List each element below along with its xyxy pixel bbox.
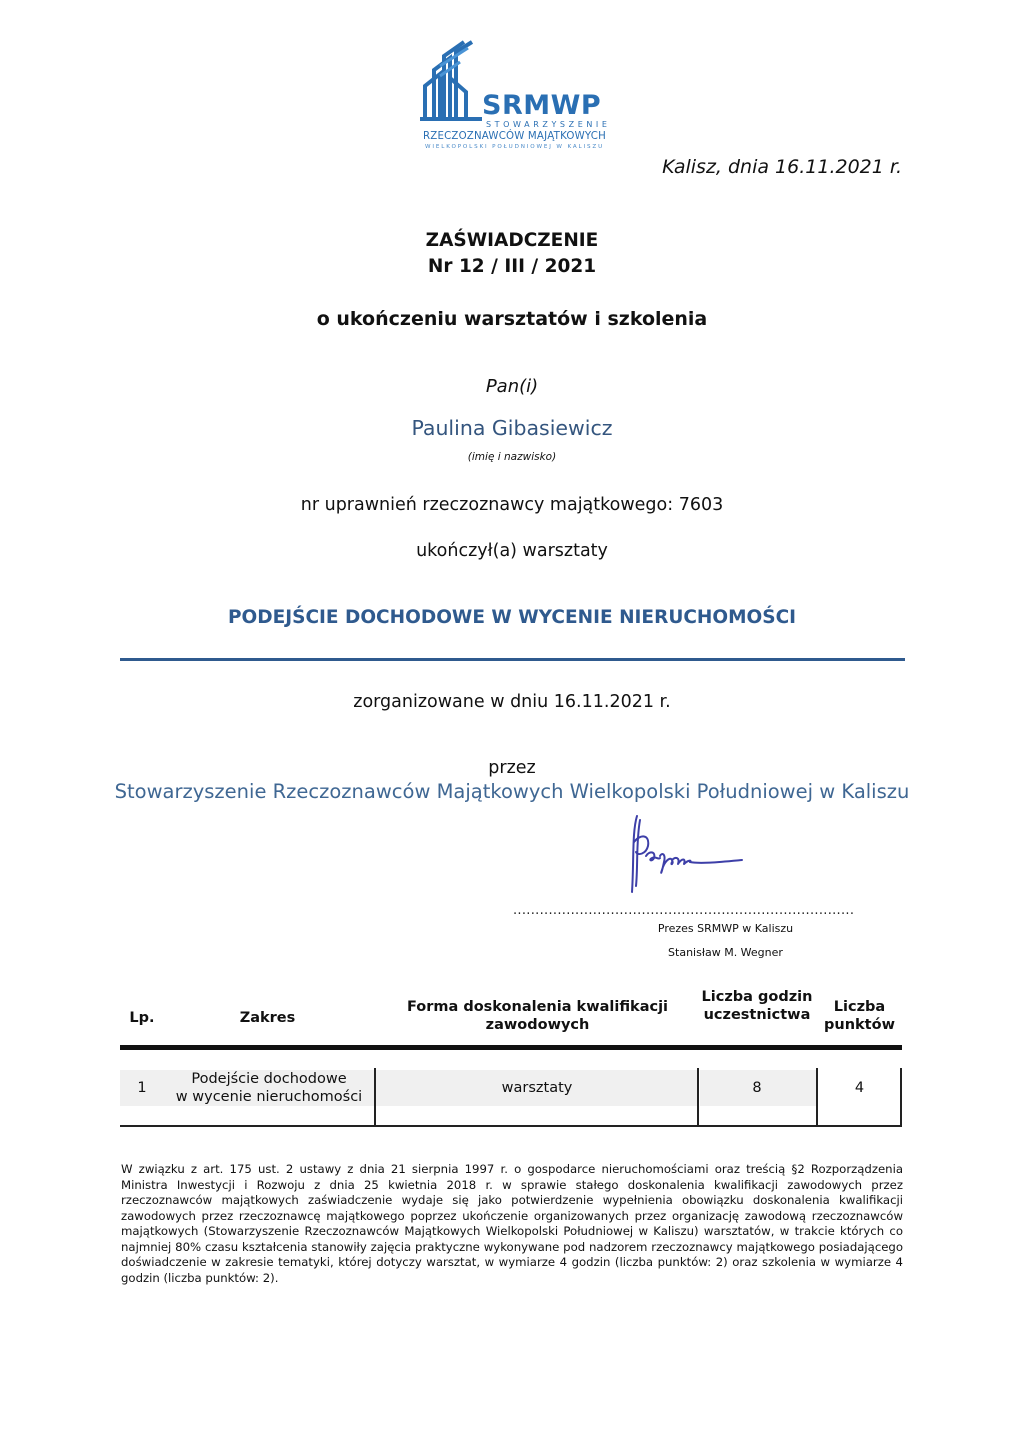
- header-zakres: Zakres: [200, 1009, 335, 1027]
- completed-line: ukończył(a) warsztaty: [0, 541, 1024, 561]
- cell-zakres-line-1: Podejście dochodowe: [164, 1070, 374, 1088]
- document-title: ZAŚWIADCZENIE: [0, 230, 1024, 251]
- header-punkty: Liczba punktów: [817, 998, 902, 1034]
- course-divider: [120, 658, 905, 661]
- cell-lp: 1: [120, 1079, 164, 1097]
- cell-godziny: 8: [698, 1079, 816, 1097]
- table-bottom-rule: [120, 1125, 902, 1127]
- logo-line-1: STOWARZYSZENIE: [486, 120, 611, 129]
- column-divider: [697, 1068, 699, 1126]
- course-title: PODEJŚCIE DOCHODOWE W WYCENIE NIERUCHOMO…: [0, 607, 1024, 628]
- header-rule: [120, 1045, 902, 1050]
- place-date: Kalisz, dnia 16.11.2021 r.: [662, 156, 902, 178]
- signatory-name: Stanisław M. Wegner: [513, 946, 938, 959]
- recipient-caption: (imię i nazwisko): [0, 451, 1024, 463]
- logo-line-2: RZECZOZNAWCÓW MAJĄTKOWYCH: [423, 131, 606, 142]
- cell-zakres-line-2: w wycenie nieruchomości: [164, 1088, 374, 1106]
- document-number: Nr 12 / III / 2021: [0, 256, 1024, 277]
- srmwp-logo: SRMWP STOWARZYSZENIE RZECZOZNAWCÓW MAJĄT…: [420, 38, 610, 153]
- recipient-name: Paulina Gibasiewicz: [0, 416, 1024, 440]
- license-number-line: nr uprawnień rzeczoznawcy majątkowego: 7…: [0, 495, 1024, 515]
- cell-zakres: Podejście dochodowe w wycenie nieruchomo…: [164, 1070, 374, 1106]
- signatory-role: Prezes SRMWP w Kaliszu: [513, 922, 938, 935]
- header-godziny: Liczba godzin uczestnictwa: [698, 988, 816, 1024]
- cell-punkty: 4: [817, 1079, 902, 1097]
- by-label: przez: [0, 758, 1024, 778]
- logo-line-3: WIELKOPOLSKI POŁUDNIOWEJ W KALISZU: [425, 144, 604, 150]
- salutation: Pan(i): [0, 376, 1024, 397]
- header-forma: Forma doskonalenia kwalifikacji zawodowy…: [370, 998, 705, 1034]
- signature-icon: [620, 812, 750, 897]
- cell-forma: warsztaty: [376, 1079, 698, 1097]
- signature-line: ........................................…: [513, 903, 853, 918]
- legal-note: W związku z art. 175 ust. 2 ustawy z dni…: [121, 1162, 903, 1286]
- organized-date-line: zorganizowane w dniu 16.11.2021 r.: [0, 692, 1024, 712]
- column-divider: [900, 1068, 902, 1126]
- document-subtitle: o ukończeniu warsztatów i szkolenia: [0, 308, 1024, 330]
- buildings-logo-icon: [420, 38, 490, 123]
- column-divider: [816, 1068, 818, 1126]
- header-lp: Lp.: [120, 1009, 164, 1027]
- organizer-name: Stowarzyszenie Rzeczoznawców Majątkowych…: [0, 780, 1024, 803]
- logo-brand: SRMWP: [482, 90, 601, 121]
- column-divider: [374, 1068, 376, 1126]
